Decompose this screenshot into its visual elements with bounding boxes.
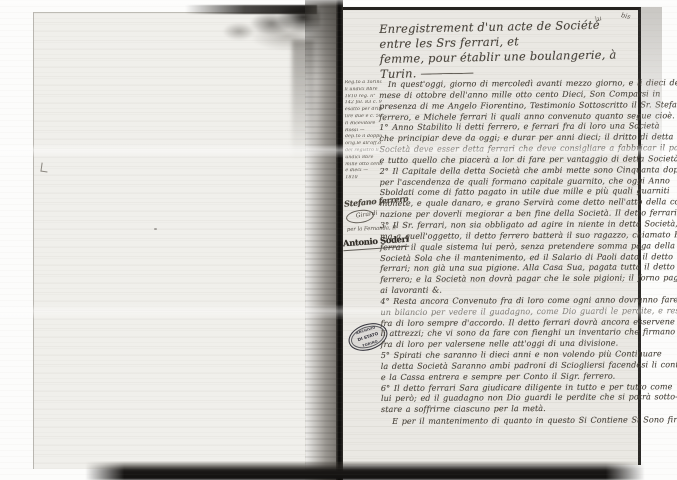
- left-page-blank: [33, 12, 306, 469]
- manuscript-line: E per il mantenimento di quanto in quest…: [381, 414, 641, 427]
- binding-gutter: [305, 0, 337, 480]
- book-bottom-shadow: [85, 461, 645, 480]
- margin-note-line: lire due e c. 50: [345, 114, 382, 121]
- corner-folio-mark: bis: [620, 11, 631, 21]
- ink-speck: [40, 163, 48, 173]
- registration-margin-note: Reg.to a Torinoli undici 8bre1810 reg. n…: [345, 80, 383, 182]
- scanned-register-spread: lu bis Enregistrement d'un acte de Socié…: [0, 0, 677, 480]
- manuscript-line: lui però; ed il guadagno non Dio guardi …: [381, 392, 641, 404]
- act-body-text: In quest'oggi, giorno di mercoledì avant…: [379, 77, 641, 427]
- act-heading: Enregistrement d'un acte de Société entr…: [379, 17, 620, 82]
- margin-note-line: del registro li: [345, 148, 382, 155]
- manuscript-line: ferrero; e la Società non dovrà pagar ch…: [380, 273, 640, 285]
- act-heading-line-1: Enregistrement d'un acte de Société entr…: [379, 17, 620, 52]
- margin-note-line: li undici 8bre: [345, 87, 382, 94]
- left-page-texture: [34, 13, 306, 469]
- right-page-manuscript: lu bis Enregistrement d'un acte de Socié…: [343, 7, 641, 465]
- margin-note-line: 1810: [345, 175, 382, 182]
- page-fore-edge: [641, 7, 662, 207]
- ink-speck: [154, 228, 157, 230]
- manuscript-line: ferrari il quale sistema lui però, senza…: [380, 240, 640, 252]
